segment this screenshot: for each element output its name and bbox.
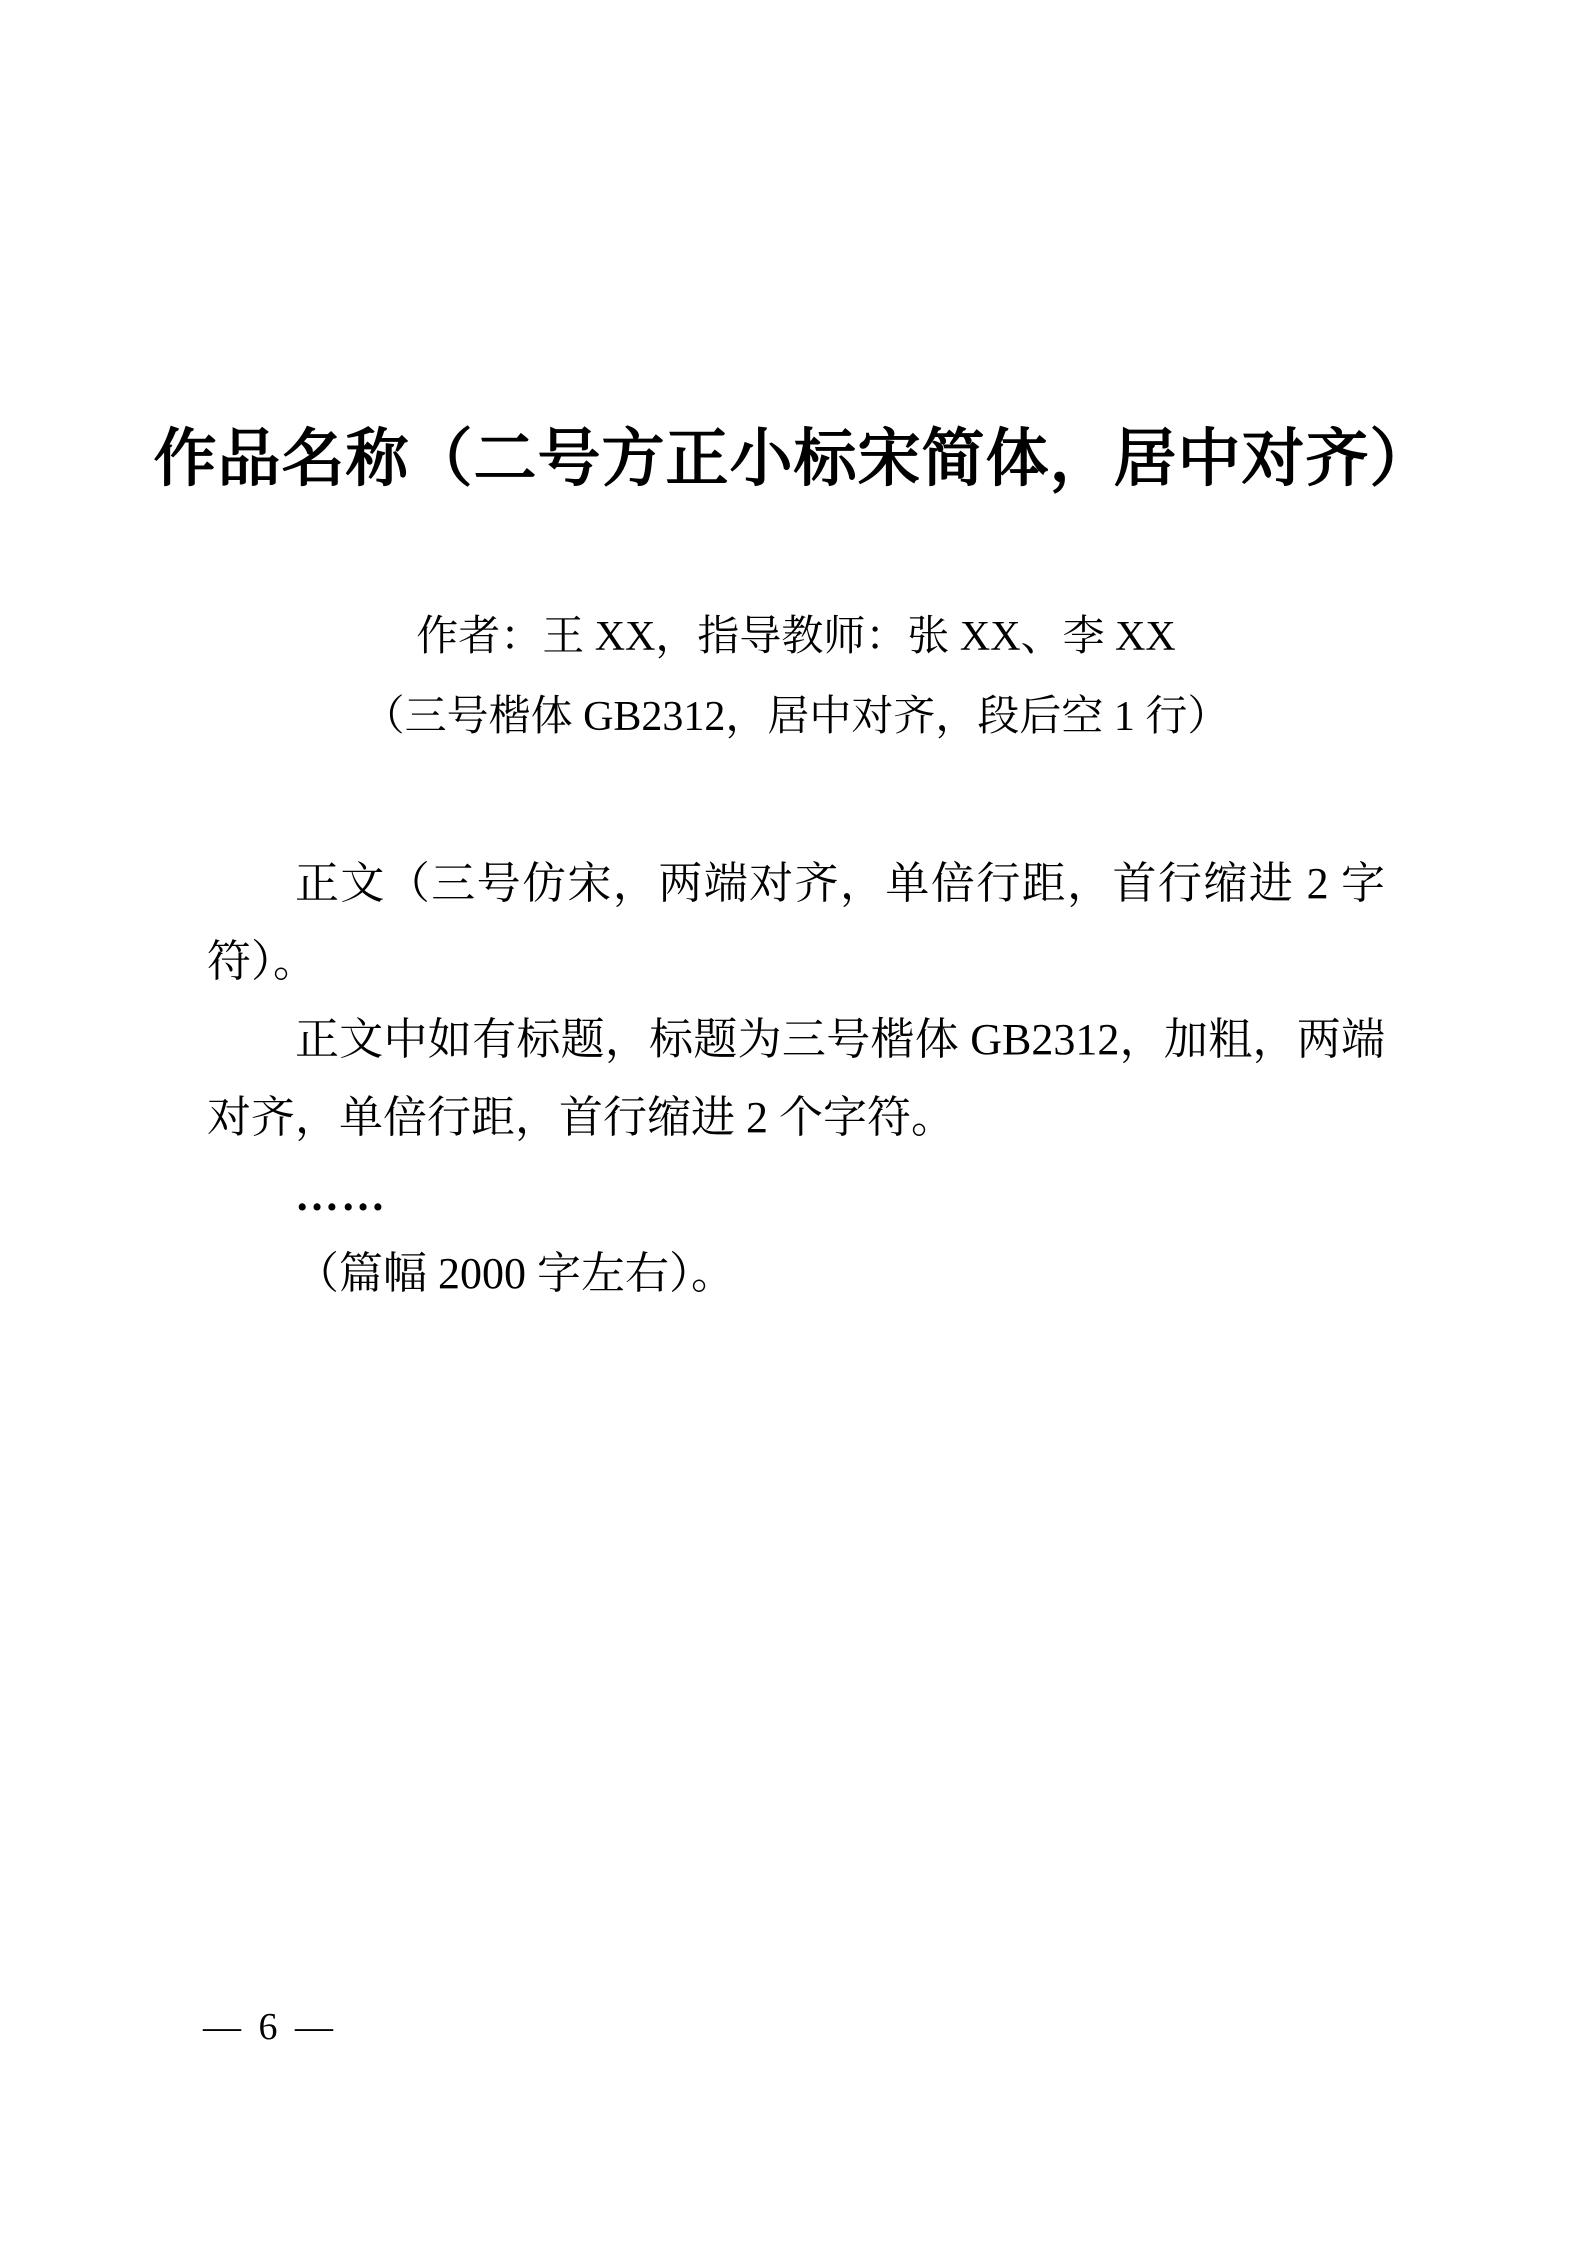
document-body: 正文（三号仿宋，两端对齐，单倍行距，首行缩进 2 字符）。 正文中如有标题，标题…: [207, 845, 1385, 1313]
body-paragraph-1: 正文（三号仿宋，两端对齐，单倍行距，首行缩进 2 字符）。: [207, 845, 1385, 1001]
page-footer: — 6 —: [203, 2005, 337, 2049]
document-page: 作品名称（二号方正小标宋简体，居中对齐） 作者：王 XX，指导教师：张 XX、李…: [0, 0, 1587, 2245]
body-paragraph-3: （篇幅 2000 字左右）。: [207, 1235, 1385, 1313]
page-number: — 6 —: [203, 2006, 337, 2048]
author-line: 作者：王 XX，指导教师：张 XX、李 XX: [207, 612, 1385, 662]
body-ellipsis: ……: [207, 1157, 1385, 1235]
author-format-note: （三号楷体 GB2312，居中对齐，段后空 1 行）: [207, 692, 1385, 742]
document-title: 作品名称（二号方正小标宋简体，居中对齐）: [90, 420, 1497, 499]
body-paragraph-2: 正文中如有标题，标题为三号楷体 GB2312，加粗，两端对齐，单倍行距，首行缩进…: [207, 1001, 1385, 1157]
